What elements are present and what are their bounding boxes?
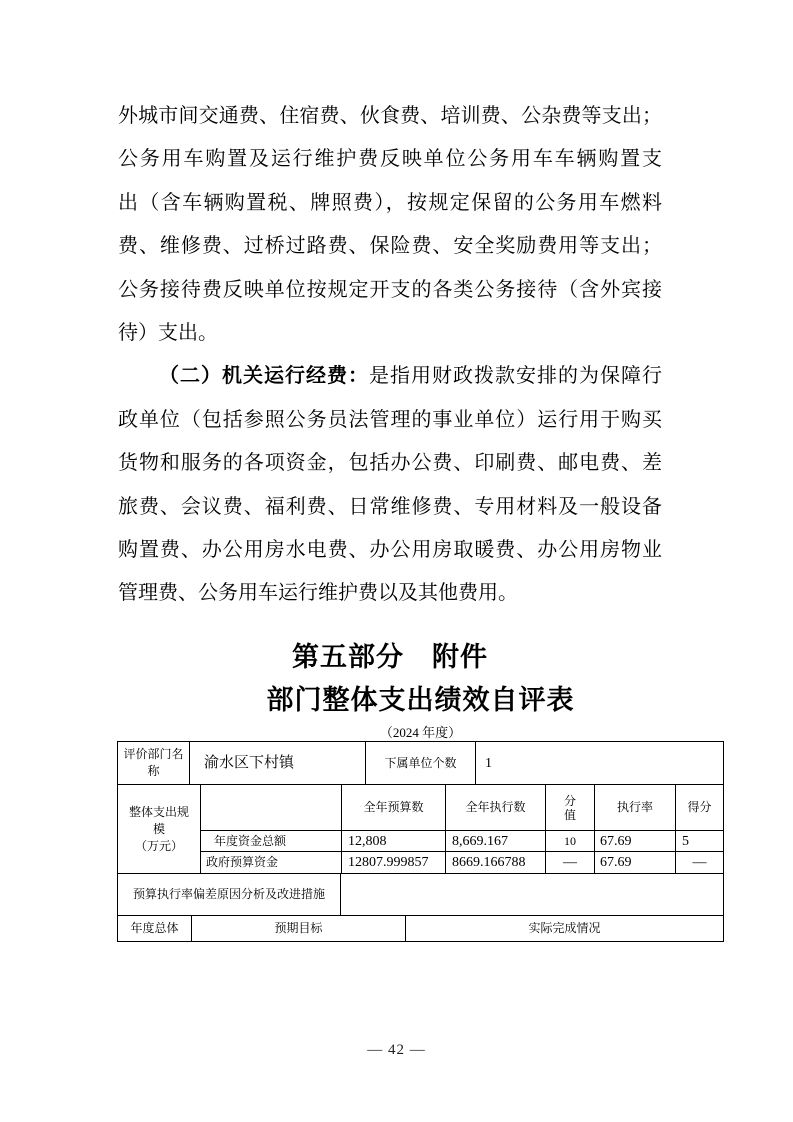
col-weight-header: 分值 bbox=[545, 785, 594, 830]
scale-section: 整体支出规模 （万元） 全年预算数 全年执行数 分值 执行率 得分 年度资金总额… bbox=[118, 784, 723, 873]
scale-data-row: 政府预算资金 12807.999857 8669.166788 — 67.69 … bbox=[201, 851, 723, 873]
col-budget-header: 全年预算数 bbox=[341, 785, 445, 830]
year-subtitle: （2024 年度） bbox=[117, 725, 724, 741]
row-name-cell: 政府预算资金 bbox=[201, 852, 341, 873]
weight-value-cell: — bbox=[545, 852, 594, 873]
budget-value-cell: 12,808 bbox=[341, 831, 445, 851]
sub-units-label-cell: 下属单位个数 bbox=[365, 742, 475, 784]
score-value-cell: — bbox=[675, 852, 723, 873]
scale-data-row: 年度资金总额 12,808 8,669.167 10 67.69 5 bbox=[201, 830, 723, 851]
dept-name-cell: 渝水区下村镇 bbox=[189, 742, 365, 784]
deviation-row: 预算执行率偏差原因分析及改进措施 bbox=[118, 873, 723, 915]
paragraph-line: 费、维修费、过桥过路费、保险费、安全奖励费用等支出； bbox=[118, 225, 662, 268]
paragraph-line: 出（含车辆购置税、牌照费），按规定保留的公务用车燃料 bbox=[118, 182, 662, 225]
expected-goal-cell: 预期目标 bbox=[191, 916, 405, 941]
paragraph-line: 货物和服务的各项资金，包括办公费、印刷费、邮电费、差 bbox=[118, 442, 662, 485]
paragraph-line: 待）支出。 bbox=[118, 312, 662, 355]
paragraph-1: 外城市间交通费、住宿费、伙食费、培训费、公杂费等支出； 公务用车购置及运行维护费… bbox=[118, 95, 662, 355]
score-value-cell: 5 bbox=[675, 831, 723, 851]
scale-header-row: 全年预算数 全年执行数 分值 执行率 得分 bbox=[201, 785, 723, 830]
annual-label-cell: 年度总体 bbox=[118, 916, 191, 941]
scale-label-cell: 整体支出规模 （万元） bbox=[118, 785, 200, 873]
dept-row: 评价部门名称 渝水区下村镇 下属单位个数 1 bbox=[118, 742, 723, 784]
deviation-label-cell: 预算执行率偏差原因分析及改进措施 bbox=[118, 874, 340, 915]
exec-value-cell: 8,669.167 bbox=[445, 831, 545, 851]
rate-value-cell: 67.69 bbox=[594, 852, 675, 873]
paragraph-line: 管理费、公务用车运行维护费以及其他费用。 bbox=[118, 572, 662, 615]
paragraph-line: 公务用车购置及运行维护费反映单位公务用车车辆购置支 bbox=[118, 138, 662, 181]
col-rate-header: 执行率 bbox=[594, 785, 675, 830]
sub-units-value-cell: 1 bbox=[475, 742, 723, 784]
budget-value-cell: 12807.999857 bbox=[341, 852, 445, 873]
exec-value-cell: 8669.166788 bbox=[445, 852, 545, 873]
paragraph-line: 旅费、会议费、福利费、日常维修费、专用材料及一般设备 bbox=[118, 486, 662, 529]
annual-row: 年度总体 预期目标 实际完成情况 bbox=[118, 915, 723, 941]
rate-value-cell: 67.69 bbox=[594, 831, 675, 851]
paragraph-line: 公务接待费反映单位按规定开支的各类公务接待（含外宾接 bbox=[118, 269, 662, 312]
col-exec-header: 全年执行数 bbox=[445, 785, 545, 830]
col-weight-header-text: 分值 bbox=[564, 794, 577, 822]
self-evaluation-table: 评价部门名称 渝水区下村镇 下属单位个数 1 整体支出规模 （万元） 全年预算数… bbox=[117, 741, 724, 942]
actual-completion-cell: 实际完成情况 bbox=[405, 916, 723, 941]
scale-grid: 全年预算数 全年执行数 分值 执行率 得分 年度资金总额 12,808 8,66… bbox=[200, 785, 723, 873]
document-page: 外城市间交通费、住宿费、伙食费、培训费、公杂费等支出； 公务用车购置及运行维护费… bbox=[0, 0, 793, 1122]
paragraph-2: （二）机关运行经费：是指用财政拨款安排的为保障行 政单位（包括参照公务员法管理的… bbox=[118, 355, 662, 615]
weight-value-cell: 10 bbox=[545, 831, 594, 851]
body-text: 外城市间交通费、住宿费、伙食费、培训费、公杂费等支出； 公务用车购置及运行维护费… bbox=[118, 95, 662, 616]
row-name-cell: 年度资金总额 bbox=[201, 831, 341, 851]
paragraph-lead-bold: （二）机关运行经费： bbox=[159, 365, 369, 387]
scale-header-empty-cell bbox=[201, 785, 341, 830]
paragraph-line: 外城市间交通费、住宿费、伙食费、培训费、公杂费等支出； bbox=[118, 95, 662, 138]
paragraph-line: 购置费、办公用房水电费、办公用房取暖费、办公用房物业 bbox=[118, 529, 662, 572]
page-number: — 42 — bbox=[0, 1042, 793, 1059]
paragraph-line: （二）机关运行经费：是指用财政拨款安排的为保障行 bbox=[118, 355, 662, 398]
part-title: 第五部分 附件 bbox=[118, 641, 662, 674]
col-score-header: 得分 bbox=[675, 785, 723, 830]
table-title: 部门整体支出绩效自评表 bbox=[117, 684, 724, 717]
dept-label-cell: 评价部门名称 bbox=[118, 742, 189, 784]
deviation-value-cell bbox=[340, 874, 723, 915]
paragraph-line-rest: 是指用财政拨款安排的为保障行 bbox=[369, 365, 662, 387]
paragraph-line: 政单位（包括参照公务员法管理的事业单位）运行用于购买 bbox=[118, 399, 662, 442]
